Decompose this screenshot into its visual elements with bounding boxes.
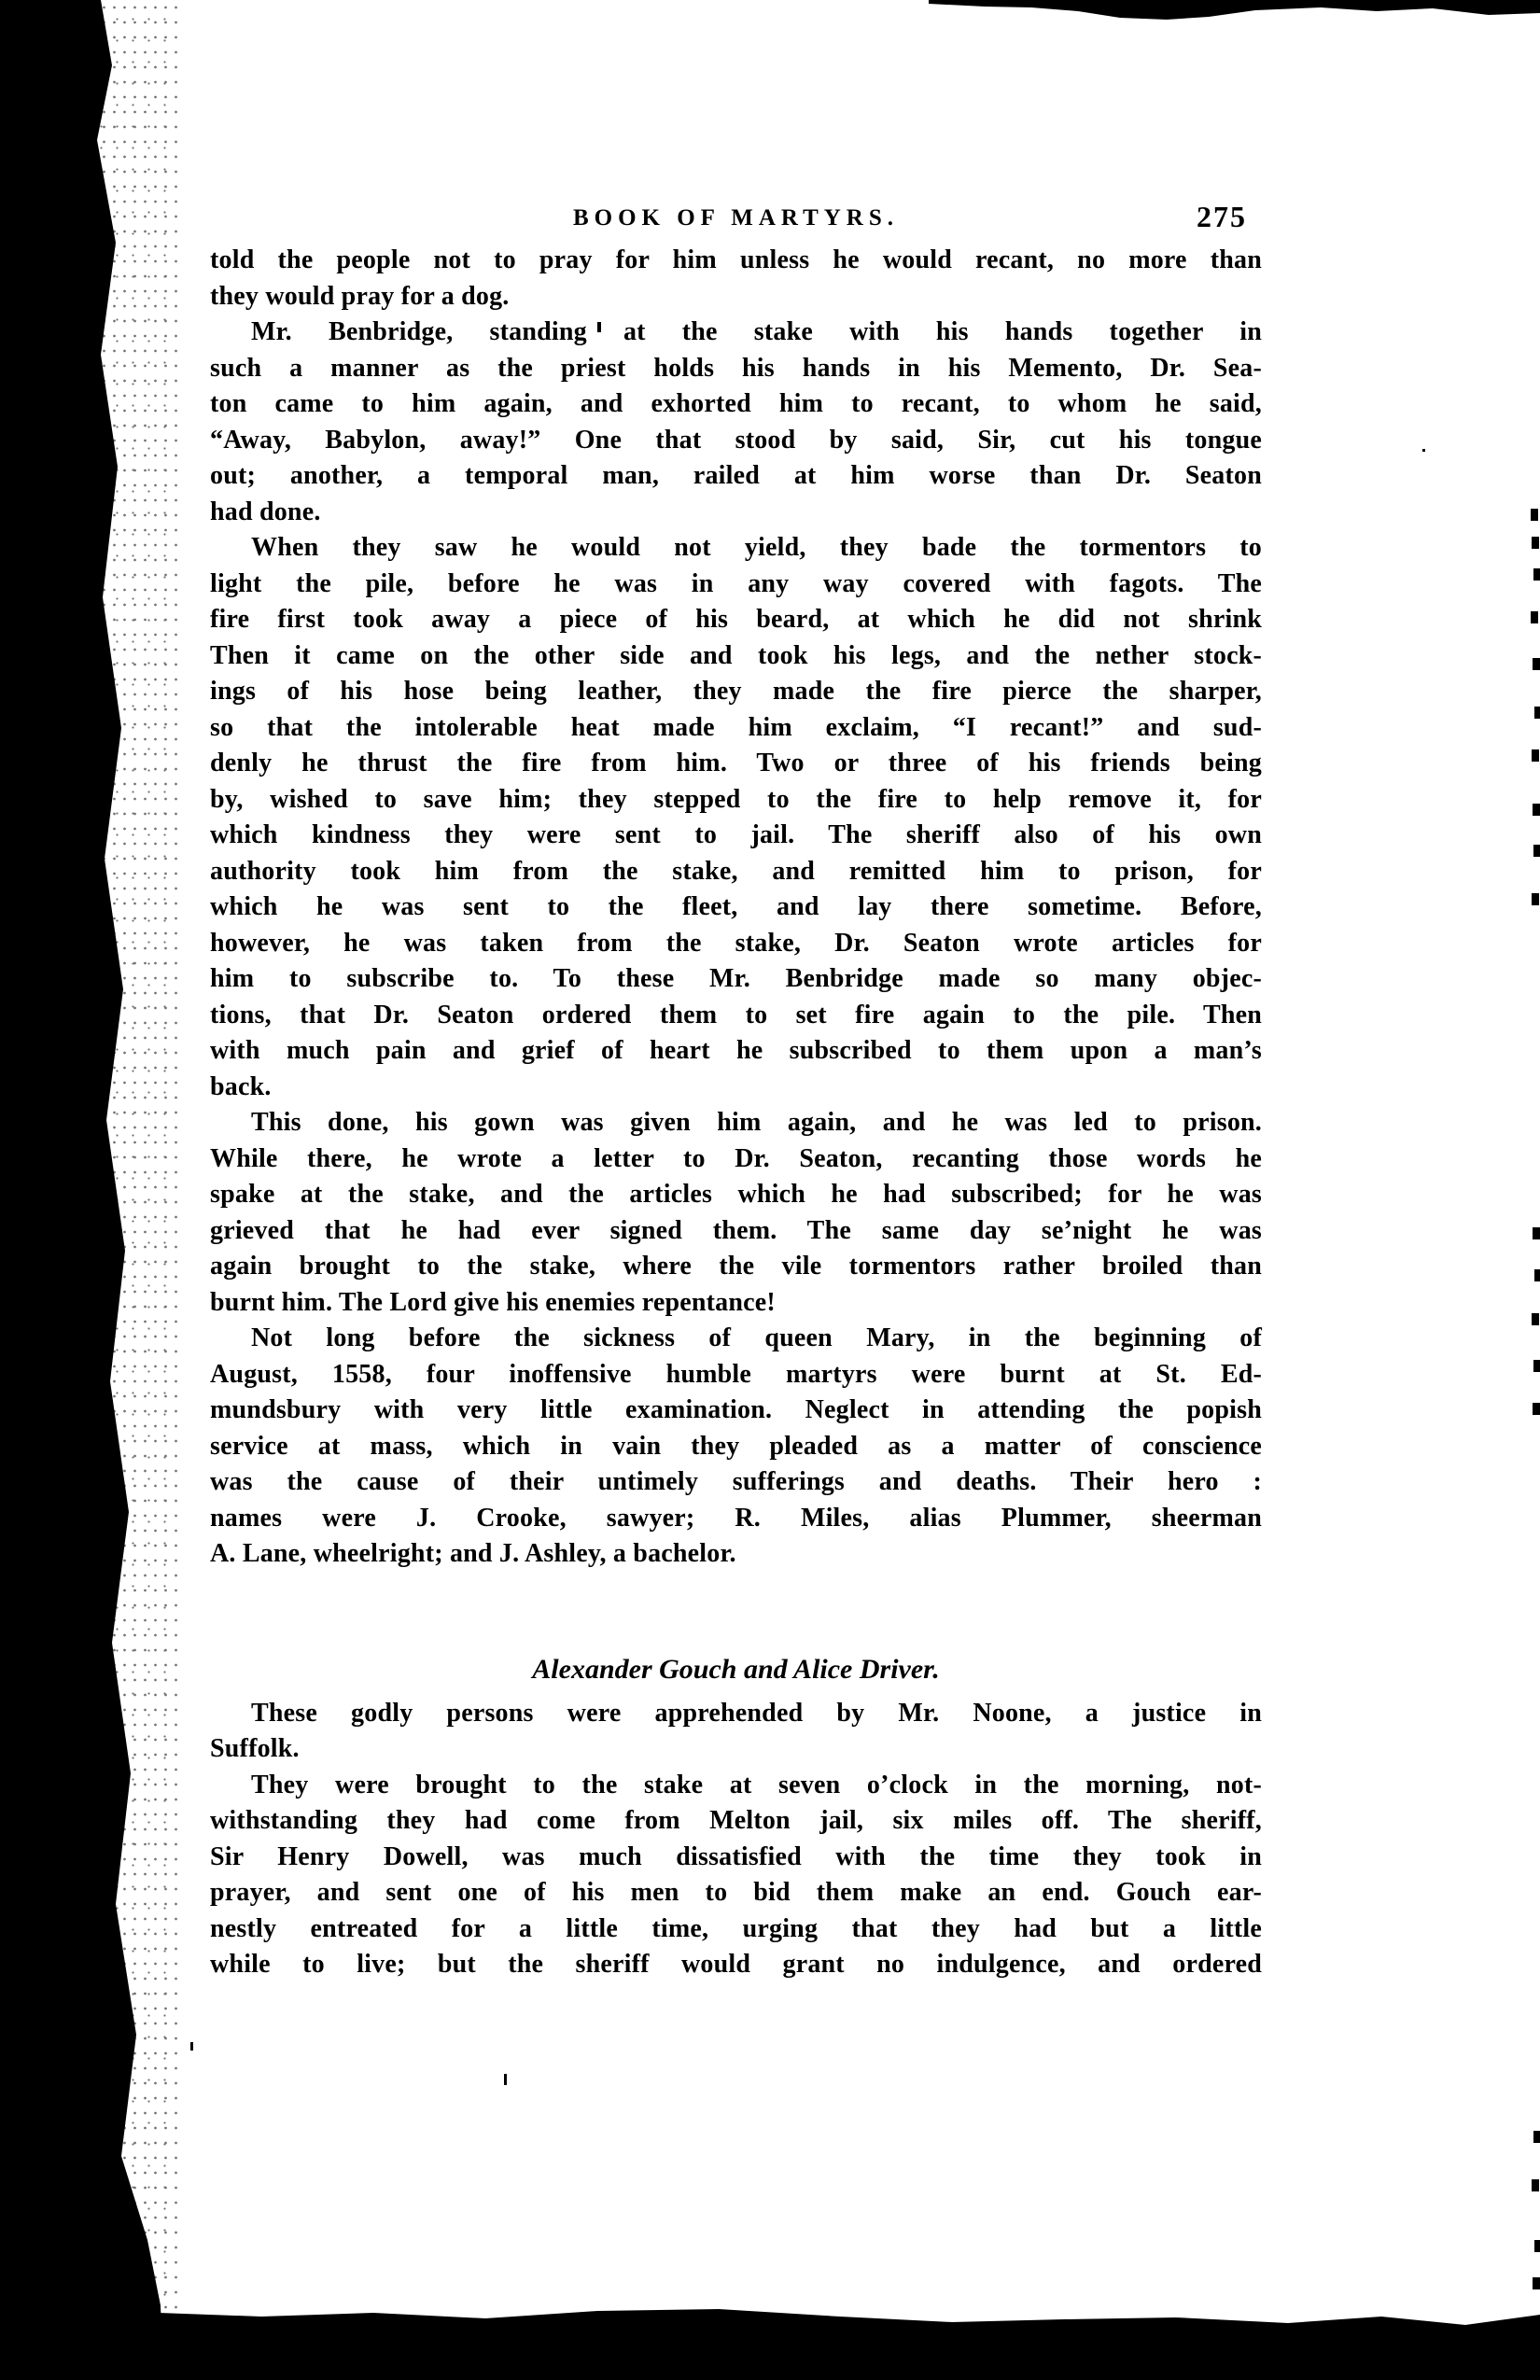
text-line: Suffolk. — [210, 1731, 1262, 1768]
text-line: spake at the stake, and the articles whi… — [210, 1177, 1262, 1213]
text-line: authority took him from the stake, and r… — [210, 854, 1262, 890]
scan-right-edge-marks — [1531, 509, 1538, 521]
text-line: withstanding they had come from Melton j… — [210, 1803, 1262, 1840]
running-header: BOOK OF MARTYRS. 275 — [210, 205, 1262, 231]
text-line: they would pray for a dog. — [210, 279, 1262, 315]
text-line: again brought to the stake, where the vi… — [210, 1249, 1262, 1285]
paragraph: They were brought to the stake at seven … — [210, 1768, 1262, 1983]
text-line: “Away, Babylon, away!” One that stood by… — [210, 423, 1262, 459]
text-line: which he was sent to the fleet, and lay … — [210, 889, 1262, 926]
text-line: service at mass, which in vain they plea… — [210, 1429, 1262, 1465]
text-line: however, he was taken from the stake, Dr… — [210, 926, 1262, 962]
text-line: August, 1558, four inoffensive humble ma… — [210, 1357, 1262, 1393]
text-line: Then it came on the other side and took … — [210, 638, 1262, 675]
text-line: When they saw he would not yield, they b… — [210, 530, 1262, 567]
text-line: had done. — [210, 495, 1262, 531]
paragraph: This done, his gown was given him again,… — [210, 1105, 1262, 1321]
scan-speck — [504, 2074, 507, 2085]
text-line: fire first took away a piece of his bear… — [210, 602, 1262, 638]
text-line: which kindness they were sent to jail. T… — [210, 818, 1262, 854]
text-line: out; another, a temporal man, railed at … — [210, 458, 1262, 495]
text-line: by, wished to save him; they stepped to … — [210, 782, 1262, 819]
text-line: ton came to him again, and exhorted him … — [210, 386, 1262, 423]
text-line: light the pile, before he was in any way… — [210, 567, 1262, 603]
book-title: BOOK OF MARTYRS. — [573, 205, 899, 231]
paragraph: told the people not to pray for him unle… — [210, 243, 1262, 315]
text-line: names were J. Crooke, sawyer; R. Miles, … — [210, 1501, 1262, 1537]
text-line: such a manner as the priest holds his ha… — [210, 351, 1262, 387]
text-line: tions, that Dr. Seaton ordered them to s… — [210, 998, 1262, 1034]
paragraph: Not long before the sickness of queen Ma… — [210, 1321, 1262, 1573]
text-line: told the people not to pray for him unle… — [210, 243, 1262, 279]
text-line: Not long before the sickness of queen Ma… — [210, 1321, 1262, 1357]
paragraph: These godly persons were apprehended by … — [210, 1696, 1262, 1768]
text-line: while to live; but the sheriff would gra… — [210, 1947, 1262, 1983]
scan-speck — [1422, 449, 1425, 452]
text-line: denly he thrust the fire from him. Two o… — [210, 746, 1262, 782]
text-line: was the cause of their untimely sufferin… — [210, 1464, 1262, 1501]
text-line: Mr. Benbridge, standing at the stake wit… — [210, 315, 1262, 351]
text-line: mundsbury with very little examination. … — [210, 1393, 1262, 1429]
text-line: Sir Henry Dowell, was much dissatisfied … — [210, 1840, 1262, 1876]
text-line: nestly entreated for a little time, urgi… — [210, 1911, 1262, 1948]
paragraph: Mr. Benbridge, standing at the stake wit… — [210, 315, 1262, 530]
text-line: While there, he wrote a letter to Dr. Se… — [210, 1141, 1262, 1178]
scan-top-edge-shadow — [929, 0, 1540, 21]
scan-edge-noise — [89, 0, 177, 2380]
text-line: him to subscribe to. To these Mr. Benbri… — [210, 961, 1262, 998]
scanned-page: BOOK OF MARTYRS. 275 told the people not… — [0, 0, 1540, 2380]
scan-speck — [190, 2042, 193, 2051]
text-line: They were brought to the stake at seven … — [210, 1768, 1262, 1804]
scan-bottom-edge-shadow — [0, 2294, 1540, 2380]
text-line: These godly persons were apprehended by … — [210, 1696, 1262, 1732]
paragraph: When they saw he would not yield, they b… — [210, 530, 1262, 1105]
text-line: burnt him. The Lord give his enemies rep… — [210, 1285, 1262, 1322]
page-number: 275 — [1197, 200, 1247, 234]
page-text: told the people not to pray for him unle… — [210, 243, 1262, 1983]
text-line: ings of his hose being leather, they mad… — [210, 674, 1262, 710]
text-line: so that the intolerable heat made him ex… — [210, 710, 1262, 747]
section-heading: Alexander Gouch and Alice Driver. — [210, 1651, 1262, 1688]
text-line: prayer, and sent one of his men to bid t… — [210, 1875, 1262, 1911]
text-line: back. — [210, 1070, 1262, 1106]
text-line: A. Lane, wheelright; and J. Ashley, a ba… — [210, 1536, 1262, 1573]
text-line: This done, his gown was given him again,… — [210, 1105, 1262, 1141]
text-line: grieved that he had ever signed them. Th… — [210, 1213, 1262, 1250]
text-line: with much pain and grief of heart he sub… — [210, 1033, 1262, 1070]
